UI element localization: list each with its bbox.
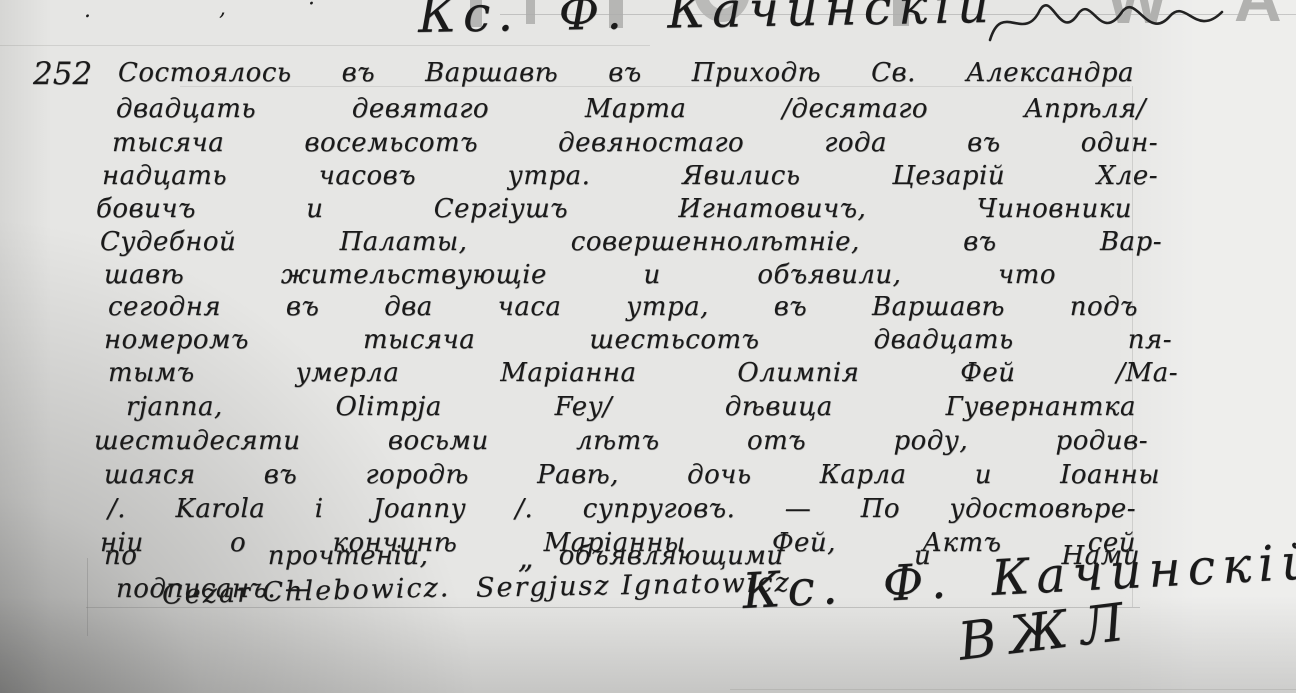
registrar-signature-top: Кс. Ф. Качинскій [418,0,997,44]
document-scan: W A . , · Кс. Ф. Качинскій 252 Состоялос… [0,0,1296,693]
ruled-line [0,45,650,46]
record-line: Состоялось въ Варшавѣ въ Приходѣ Св. Але… [118,58,1134,88]
witness-signature-1: Cezar Chlebowicz. [162,572,451,611]
record-line: двадцать девятаго Марта /десятаго Апрѣля… [116,94,1146,124]
ink-speck: , [219,0,226,21]
ink-speck: · [308,0,315,17]
record-line: сегодня въ два часа утра, въ Варшавѣ под… [108,292,1138,322]
ink-speck: . [84,0,91,23]
record-line: тысяча восемьсотъ девяностаго года въ од… [112,128,1158,158]
closing-quote-mark: „ [518,541,534,576]
record-number: 252 [33,56,92,92]
record-line: номеромъ тысяча шестьсотъ двадцать пя- [104,325,1172,355]
record-line: бовичъ и Сергіушъ Игнатовичъ, Чиновники [96,194,1132,224]
ruled-line [87,558,88,636]
ruled-line [730,689,1296,690]
record-line: тымъ умерла Маріанна Олимпія Фей /Ma- [108,358,1178,388]
record-line: /. Karola i Joanny /. супруговъ. — По уд… [108,494,1136,524]
record-line: шестидесяти восьми лѣтъ отъ роду, родив- [94,426,1148,456]
record-line: шаяся въ городѣ Равѣ, дочь Карла и Іоанн… [104,460,1160,490]
record-line: Судебной Палаты, совершеннолѣтніе, въ Ва… [100,227,1162,257]
record-line: надцать часовъ утра. Явились Цезарій Хле… [102,161,1158,191]
record-line: шавѣ жительствующіе и объявили, что [104,260,1056,290]
signature-paraph-flourish [982,0,1252,50]
record-line: rjanna, Olimpja Fey/ дѣвица Гувернантка [126,392,1136,422]
